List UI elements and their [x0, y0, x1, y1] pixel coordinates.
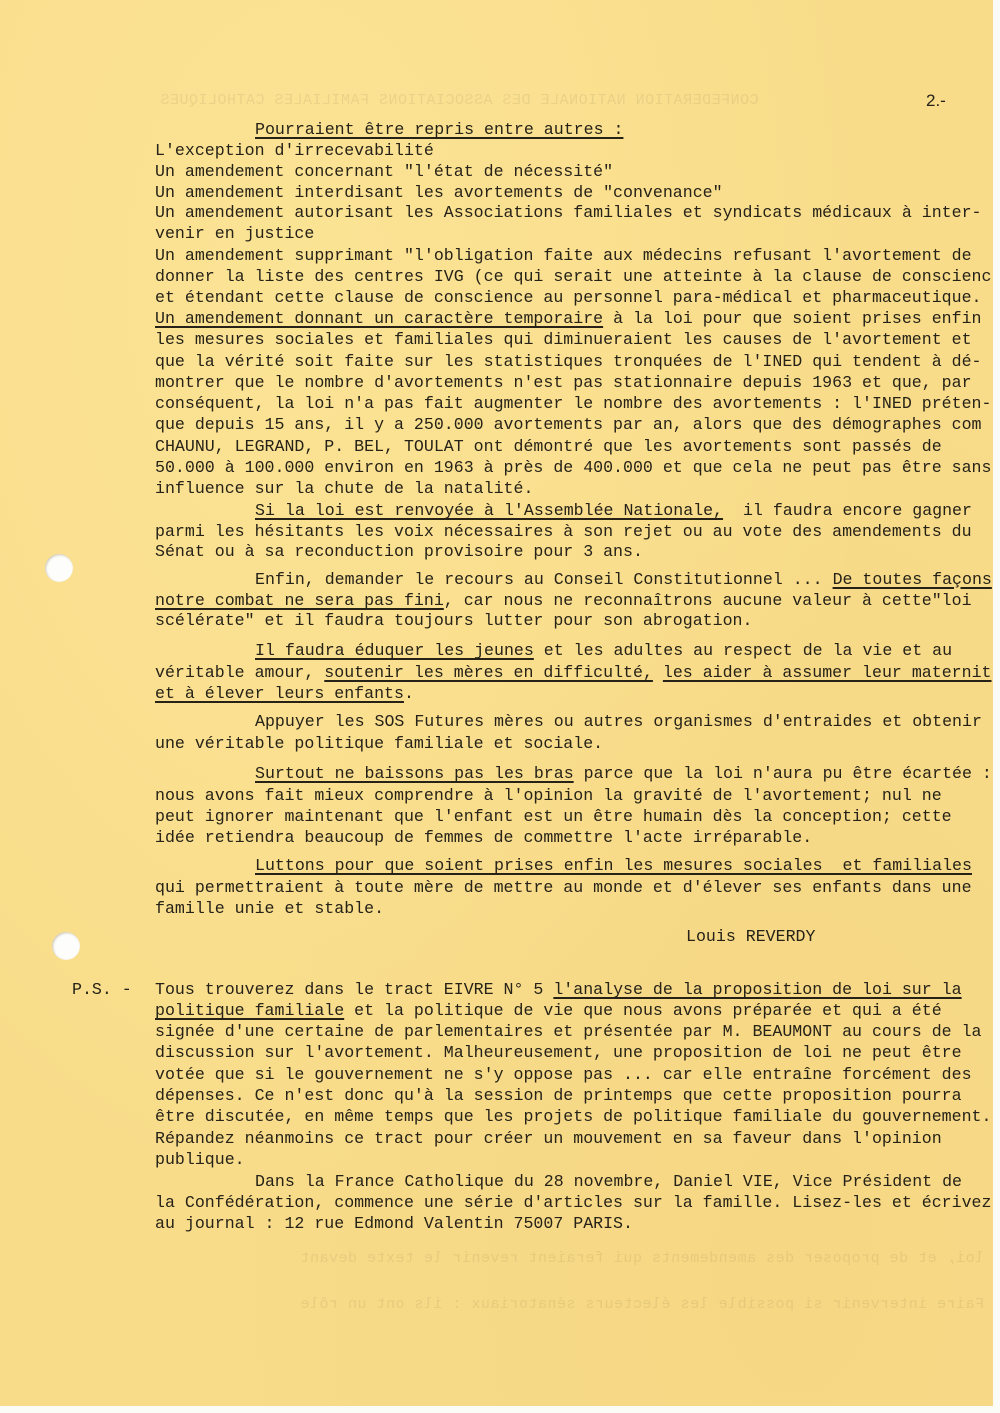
paragraph-line: discussion sur l'avortement. Malheureuse…: [155, 1043, 962, 1063]
underlined-text: Luttons pour que soient prises enfin les…: [255, 856, 972, 876]
show-through-text: Faire intervenir si possible les électeu…: [300, 1296, 984, 1313]
paragraph-line: parmi les hésitants les voix nécessaires…: [155, 522, 972, 542]
list-item: Un amendement supprimant "l'obligation f…: [155, 246, 972, 266]
underlined-text: soutenir les mères en difficulté,: [324, 663, 653, 682]
paragraph-line: que la vérité soit faite sur les statist…: [155, 352, 982, 372]
underlined-text: les aider à assumer leur maternit: [663, 663, 992, 682]
paragraph-line: scélérate" et il faudra toujours lutter …: [155, 611, 752, 631]
paragraph-line: idée retiendra beaucoup de femmes de com…: [155, 828, 812, 848]
paragraph-line: au journal : 12 rue Edmond Valentin 7500…: [155, 1214, 633, 1234]
underlined-text: politique familiale: [155, 1001, 344, 1020]
paragraph-line: peut ignorer maintenant que l'enfant est…: [155, 807, 952, 827]
paragraph-line: 50.000 à 100.000 environ en 1963 à près …: [155, 458, 991, 478]
paragraph-line: les mesures sociales et familiales qui d…: [155, 330, 972, 350]
paragraph-line: Surtout ne baissons pas les bras parce q…: [255, 764, 992, 784]
paragraph-line: Répandez néanmoins ce tract pour créer u…: [155, 1129, 942, 1149]
document-page: CONFEDERATION NATIONALE DES ASSOCIATIONS…: [0, 0, 993, 1406]
paragraph-line: influence sur la chute de la natalité.: [155, 479, 533, 499]
underlined-text: notre combat ne sera pas fini: [155, 591, 444, 610]
paragraph-line: notre combat ne sera pas fini, car nous …: [155, 591, 972, 611]
page-number: 2.-: [926, 91, 946, 111]
list-item: venir en justice: [155, 224, 314, 244]
paragraph-line: la Confédération, commence une série d'a…: [155, 1193, 991, 1213]
text: il faudra encore gagner: [723, 501, 972, 520]
text: et la politique de vie que nous avons pr…: [344, 1001, 941, 1020]
paragraph-line: que depuis 15 ans, il y a 250.000 avorte…: [155, 415, 982, 435]
underlined-text: Surtout ne baissons pas les bras: [255, 764, 574, 783]
show-through-text: loi, et de proposer des amendements qui …: [300, 1250, 984, 1267]
paragraph-line: votée que si le gouvernement ne s'y oppo…: [155, 1065, 972, 1085]
paragraph-line: Un amendement donnant un caractère tempo…: [155, 309, 982, 329]
underlined-text: Si la loi est renvoyée à l'Assemblée Nat…: [255, 501, 723, 520]
text: Enfin, demander le recours au Conseil Co…: [255, 570, 833, 589]
text: , car nous ne reconnaîtrons aucune valeu…: [444, 591, 972, 610]
list-item: donner la liste des centres IVG (ce qui …: [155, 267, 991, 287]
paragraph-line: signée d'une certaine de parlementaires …: [155, 1022, 982, 1042]
paragraph-line: être discutée, en même temps que les pro…: [155, 1107, 991, 1127]
text: à la loi pour que soient prises enfin: [603, 309, 981, 328]
paragraph-line: et à élever leurs enfants.: [155, 684, 414, 704]
paragraph-line: conséquent, la loi n'a pas fait augmente…: [155, 394, 991, 414]
text: Tous trouverez dans le tract EIVRE N° 5: [155, 980, 553, 999]
paragraph-line: véritable amour, soutenir les mères en d…: [155, 663, 992, 683]
list-item: Un amendement autorisant les Association…: [155, 203, 982, 223]
punch-hole: [52, 932, 80, 960]
text: [653, 663, 663, 682]
list-item: Un amendement concernant "l'état de néce…: [155, 162, 613, 182]
paragraph-line: politique familiale et la politique de v…: [155, 1001, 942, 1021]
paragraph-line: Si la loi est renvoyée à l'Assemblée Nat…: [255, 501, 972, 521]
text: et les adultes au respect de la vie et a…: [534, 641, 952, 660]
underlined-text: De toutes façons: [833, 570, 992, 589]
paragraph-line: Dans la France Catholique du 28 novembre…: [255, 1172, 962, 1192]
paragraph-line: Enfin, demander le recours au Conseil Co…: [255, 570, 992, 590]
underlined-text: Un amendement donnant un caractère tempo…: [155, 309, 603, 328]
underlined-text: l'analyse de la proposition de loi sur l…: [553, 980, 961, 999]
text: parce que la loi n'aura pu être écartée …: [574, 764, 992, 783]
paragraph-line: CHAUNU, LEGRAND, P. BEL, TOULAT ont démo…: [155, 437, 942, 457]
text: véritable amour,: [155, 663, 324, 682]
list-item: L'exception d'irrecevabilité: [155, 141, 434, 161]
text: .: [404, 684, 414, 703]
paragraph-line: qui permettraient à toute mère de mettre…: [155, 878, 972, 898]
signature: Louis REVERDY: [686, 927, 815, 947]
postscript-label: P.S. -: [72, 980, 132, 1000]
paragraph-line: montrer que le nombre d'avortements n'es…: [155, 373, 972, 393]
paragraph-line: nous avons fait mieux comprendre à l'opi…: [155, 786, 942, 806]
punch-hole: [45, 554, 73, 582]
paragraph-line: une véritable politique familiale et soc…: [155, 734, 603, 754]
paragraph-line: Sénat ou à sa reconduction provisoire po…: [155, 542, 643, 562]
list-item: et étendant cette clause de conscience a…: [155, 288, 982, 308]
paragraph-line: dépenses. Ce n'est donc qu'à la session …: [155, 1086, 962, 1106]
underlined-text: Il faudra éduquer les jeunes: [255, 641, 534, 660]
paragraph-line: Appuyer les SOS Futures mères ou autres …: [255, 712, 982, 732]
section-heading: Pourraient être repris entre autres :: [255, 120, 623, 140]
paragraph-line: Il faudra éduquer les jeunes et les adul…: [255, 641, 952, 661]
underlined-text: et à élever leurs enfants: [155, 684, 404, 703]
show-through-text: CONFEDERATION NATIONALE DES ASSOCIATIONS…: [160, 92, 759, 109]
paragraph-line: Tous trouverez dans le tract EIVRE N° 5 …: [155, 980, 962, 1000]
paragraph-line: famille unie et stable.: [155, 899, 384, 919]
list-item: Un amendement interdisant les avortement…: [155, 183, 723, 203]
paragraph-line: publique.: [155, 1150, 245, 1170]
